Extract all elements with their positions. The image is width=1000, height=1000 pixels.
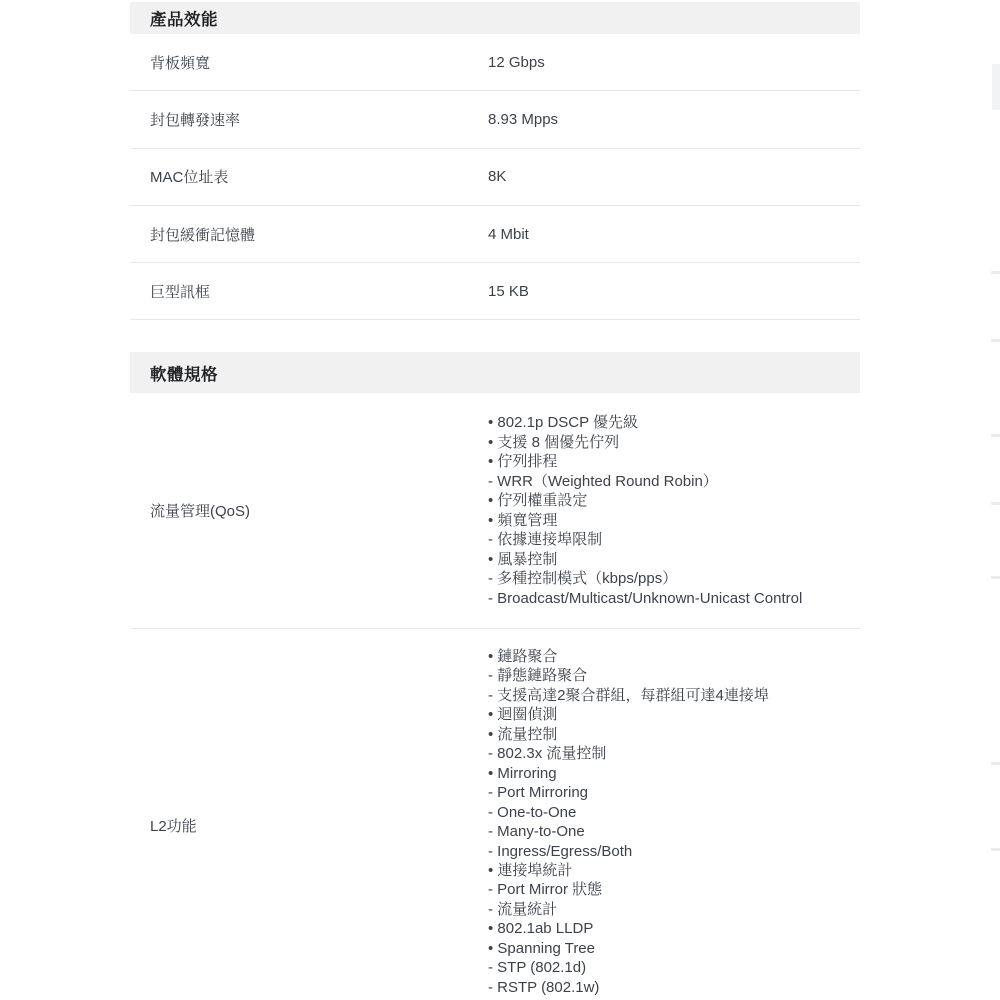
spec-label: 巨型訊框 xyxy=(150,281,488,302)
spec-label: MAC位址表 xyxy=(150,166,488,187)
table-row: 背板頻寬 12 Gbps xyxy=(130,34,860,91)
list-item: - Ingress/Egress/Both xyxy=(488,842,860,861)
spec-value: 12 Gbps xyxy=(488,54,860,71)
spec-table: 產品效能 背板頻寬 12 Gbps 封包轉發速率 8.93 Mpps MAC位址… xyxy=(130,0,860,997)
list-item: - Broadcast/Multicast/Unknown-Unicast Co… xyxy=(488,589,860,608)
section-header: 產品效能 xyxy=(130,2,860,34)
table-row: 流量管理(QoS) • 802.1p DSCP 優先級• 支援 8 個優先佇列•… xyxy=(130,393,860,629)
spec-value: 4 Mbit xyxy=(488,226,860,243)
list-item: • 802.1p DSCP 優先級 xyxy=(488,413,860,432)
table-row: MAC位址表 8K xyxy=(130,149,860,206)
list-item: • 迴圈偵測 xyxy=(488,705,860,724)
section-product-performance: 產品效能 背板頻寬 12 Gbps 封包轉發速率 8.93 Mpps MAC位址… xyxy=(130,2,860,320)
list-item: - 流量統計 xyxy=(488,900,860,919)
list-item: - Many-to-One xyxy=(488,822,860,841)
adjacent-column-fragment xyxy=(992,64,1000,110)
list-item: - 多種控制模式（kbps/pps） xyxy=(488,569,860,588)
list-item: - 靜態鏈路聚合 xyxy=(488,666,860,685)
spec-label: 封包轉發速率 xyxy=(150,109,488,130)
list-item: - 802.3x 流量控制 xyxy=(488,744,860,763)
spec-label: L2功能 xyxy=(150,815,488,836)
adjacent-column-divider-fragment xyxy=(991,339,1000,342)
table-row: L2功能 • 鏈路聚合- 靜態鏈路聚合- 支援高達2聚合群組，每群組可達4連接埠… xyxy=(130,629,860,997)
spec-label: 流量管理(QoS) xyxy=(150,500,488,521)
spec-label: 背板頻寬 xyxy=(150,52,488,73)
section-title: 產品效能 xyxy=(150,6,218,30)
adjacent-column-divider-fragment xyxy=(991,271,1000,274)
list-item: • 風暴控制 xyxy=(488,550,860,569)
list-item: - WRR（Weighted Round Robin） xyxy=(488,472,860,491)
spec-value: 8.93 Mpps xyxy=(488,111,860,128)
list-item: • 流量控制 xyxy=(488,725,860,744)
adjacent-column-divider-fragment xyxy=(991,762,1000,765)
table-row: 封包緩衝記憶體 4 Mbit xyxy=(130,206,860,263)
list-item: - 支援高達2聚合群組，每群組可達4連接埠 xyxy=(488,686,860,705)
table-row: 封包轉發速率 8.93 Mpps xyxy=(130,91,860,148)
section-title: 軟體規格 xyxy=(150,361,218,385)
list-item: - One-to-One xyxy=(488,803,860,822)
spec-value: 15 KB xyxy=(488,283,860,300)
list-item: • 支援 8 個優先佇列 xyxy=(488,433,860,452)
list-item: • 佇列權重設定 xyxy=(488,491,860,510)
list-item: - RSTP (802.1w) xyxy=(488,978,860,997)
list-item: • 802.1ab LLDP xyxy=(488,919,860,938)
list-item: • 頻寬管理 xyxy=(488,511,860,530)
section-software-specs: 軟體規格 流量管理(QoS) • 802.1p DSCP 優先級• 支援 8 個… xyxy=(130,352,860,997)
table-row: 巨型訊框 15 KB xyxy=(130,263,860,320)
list-item: - STP (802.1d) xyxy=(488,958,860,977)
adjacent-column-divider-fragment xyxy=(991,848,1000,851)
spec-value: 8K xyxy=(488,168,860,185)
adjacent-column-divider-fragment xyxy=(991,434,1000,437)
list-item: - Port Mirror 狀態 xyxy=(488,880,860,899)
section-header: 軟體規格 xyxy=(130,352,860,393)
list-item: • Mirroring xyxy=(488,764,860,783)
list-item: - Port Mirroring xyxy=(488,783,860,802)
list-item: • 鏈路聚合 xyxy=(488,647,860,666)
spec-label: 封包緩衝記憶體 xyxy=(150,224,488,245)
list-item: • Spanning Tree xyxy=(488,939,860,958)
list-item: • 連接埠統計 xyxy=(488,861,860,880)
adjacent-column-divider-fragment xyxy=(991,576,1000,579)
adjacent-column-divider-fragment xyxy=(991,502,1000,505)
list-item: - 依據連接埠限制 xyxy=(488,530,860,549)
feature-list: • 802.1p DSCP 優先級• 支援 8 個優先佇列• 佇列排程- WRR… xyxy=(488,413,860,608)
feature-list: • 鏈路聚合- 靜態鏈路聚合- 支援高達2聚合群組，每群組可達4連接埠• 迴圈偵… xyxy=(488,647,860,997)
list-item: • 佇列排程 xyxy=(488,452,860,471)
